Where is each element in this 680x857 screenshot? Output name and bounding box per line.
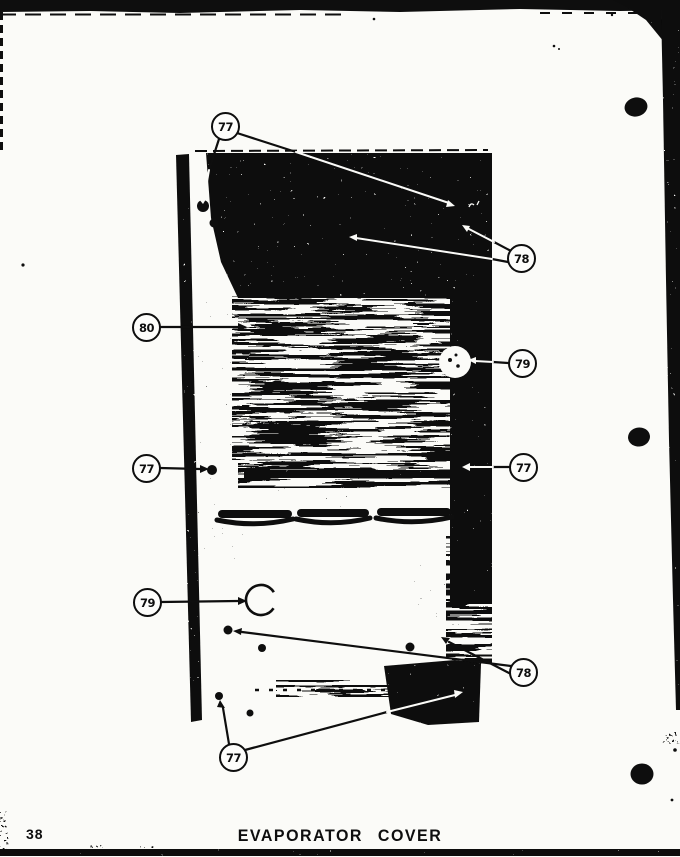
photo-dark-band-core bbox=[244, 470, 488, 478]
paper-speck bbox=[21, 263, 24, 266]
vent-slot-shadow bbox=[217, 519, 293, 524]
callout-label: 80 bbox=[139, 321, 154, 335]
paper-speck bbox=[461, 8, 463, 10]
right-edge-smudge bbox=[662, 732, 680, 744]
callout-77-bottom: 77 bbox=[219, 743, 248, 772]
vent-slot bbox=[377, 508, 451, 516]
leader-line bbox=[223, 708, 229, 744]
right-edge-speck bbox=[671, 799, 674, 802]
knob-speck bbox=[448, 358, 452, 362]
vent-slot-shadow bbox=[376, 517, 452, 522]
callout-label: 77 bbox=[516, 461, 531, 475]
screw-dot bbox=[215, 692, 223, 700]
leader-line bbox=[204, 170, 209, 199]
callout-80-left: 80 bbox=[132, 313, 161, 342]
paper-speck bbox=[373, 18, 376, 21]
vent-slot-shadow bbox=[296, 518, 370, 523]
paper-speck bbox=[558, 48, 560, 50]
round-hole-outline bbox=[240, 579, 282, 621]
callout-label: 79 bbox=[515, 357, 530, 371]
vent-slot bbox=[218, 510, 292, 518]
knob-speck bbox=[456, 364, 460, 368]
callout-label: 78 bbox=[514, 252, 529, 266]
vent-slot bbox=[297, 509, 369, 517]
callout-78-upper-right: 78 bbox=[507, 244, 536, 273]
paper-speck bbox=[553, 45, 556, 48]
screw-top-left-2 bbox=[210, 219, 219, 228]
binder-holes bbox=[623, 95, 654, 784]
screw-dot bbox=[247, 710, 254, 717]
callout-77-mid-right: 77 bbox=[509, 453, 538, 482]
knob-speck bbox=[455, 354, 458, 357]
leader-line bbox=[475, 361, 493, 362]
callout-label: 78 bbox=[516, 666, 531, 680]
leader-line bbox=[492, 259, 508, 262]
callout-label: 77 bbox=[218, 120, 233, 134]
screw-mid-left bbox=[207, 465, 217, 475]
leader-line bbox=[160, 468, 200, 469]
photo-lower-right-speckle bbox=[412, 552, 460, 628]
page-title: EVAPORATOR COVER bbox=[0, 828, 680, 847]
binder-hole-middle bbox=[627, 426, 651, 448]
photo-top-dark-mass bbox=[189, 153, 492, 298]
callout-79-lower-left: 79 bbox=[133, 588, 162, 617]
callout-77-top: 77 bbox=[211, 112, 240, 141]
callout-label: 79 bbox=[140, 596, 155, 610]
screw-dot bbox=[224, 626, 233, 635]
top-scan-edge bbox=[0, 0, 680, 13]
callout-77-mid-left: 77 bbox=[132, 454, 161, 483]
callout-label: 77 bbox=[139, 462, 154, 476]
scanned-manual-page: 77 78 80 79 77 77 79 78 77 38 EVAPORATOR… bbox=[0, 0, 680, 857]
leader-line bbox=[237, 133, 296, 152]
photo-bottom-scribble bbox=[276, 680, 404, 697]
knob-face bbox=[439, 346, 471, 378]
bottom-scan-edge bbox=[0, 849, 680, 856]
callout-78-lower-right: 78 bbox=[509, 658, 538, 687]
round-knob bbox=[439, 346, 471, 378]
leader-line bbox=[493, 362, 508, 363]
binder-hole-top bbox=[623, 95, 649, 118]
leader-line bbox=[161, 601, 238, 602]
paper-speck bbox=[611, 14, 613, 16]
photo-top-edge bbox=[195, 150, 488, 151]
screw-dot bbox=[406, 643, 415, 652]
screw-dot bbox=[258, 644, 266, 652]
right-edge-speck bbox=[673, 748, 677, 752]
figure-artwork bbox=[0, 0, 680, 857]
callout-label: 77 bbox=[226, 751, 241, 765]
leader-line bbox=[245, 712, 387, 750]
photo-underband-speckle bbox=[222, 488, 462, 510]
leader-arrowhead bbox=[217, 700, 225, 708]
right-scan-edge bbox=[661, 8, 680, 710]
binder-hole-bottom bbox=[631, 764, 654, 785]
vent-slots bbox=[217, 508, 452, 524]
callout-79-right: 79 bbox=[508, 349, 537, 378]
leader-arrowhead bbox=[233, 628, 242, 635]
